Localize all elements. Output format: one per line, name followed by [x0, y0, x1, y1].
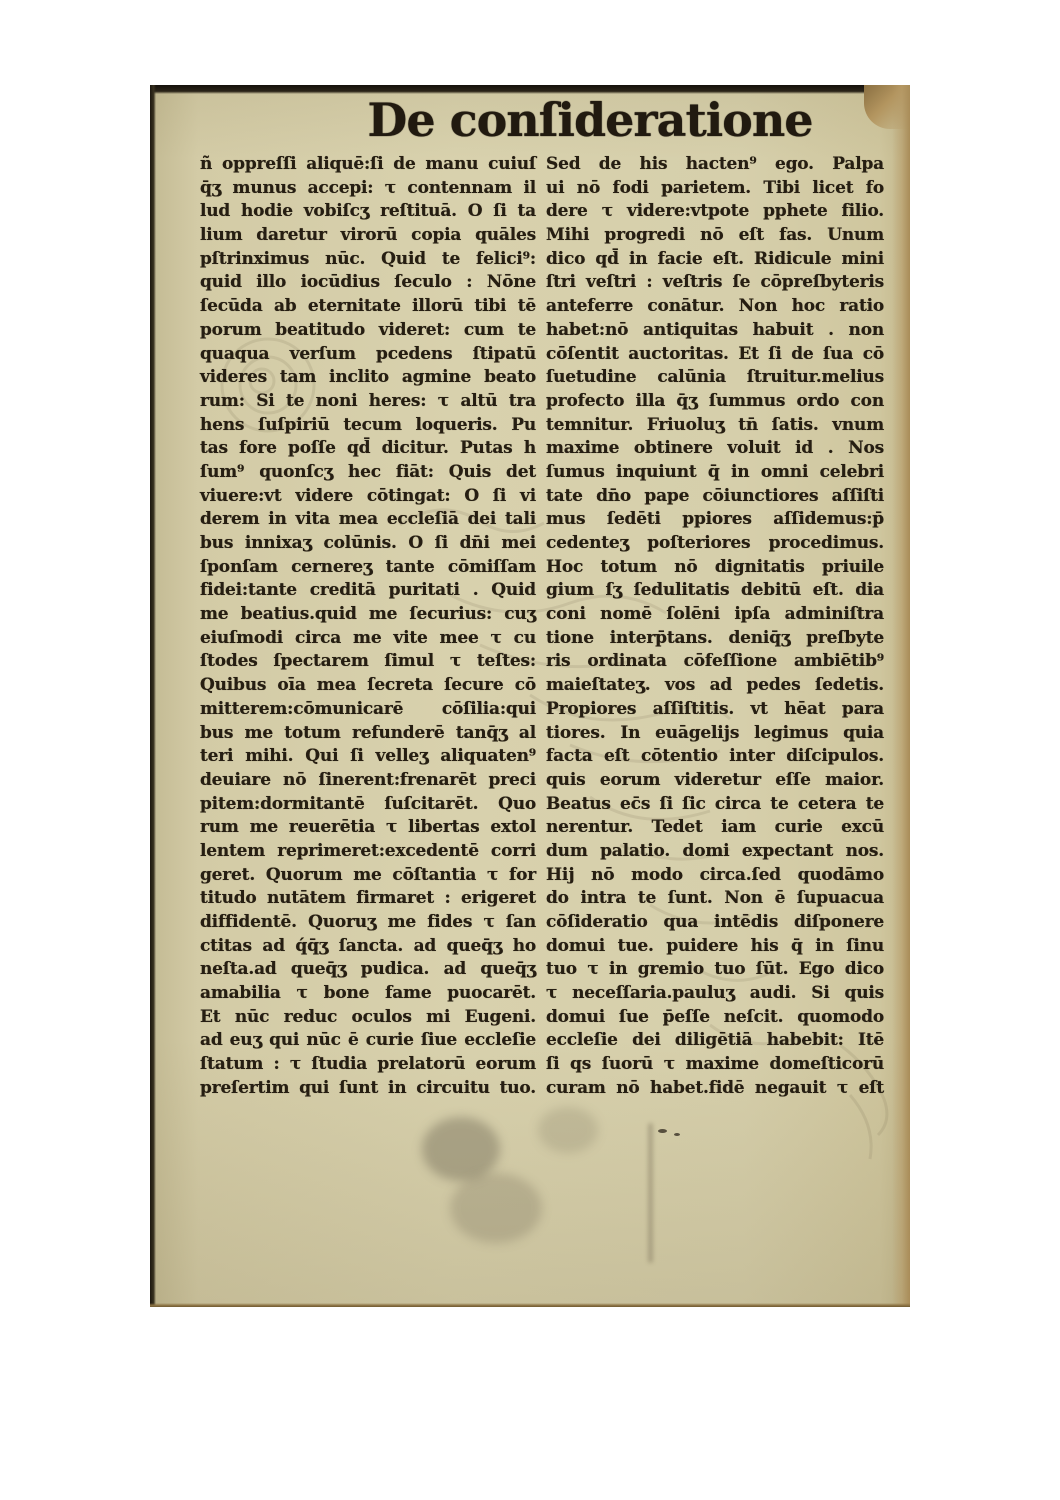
- text-line: Beatus ec̄s ſi ſic circa te cetera te: [546, 793, 884, 817]
- text-line: bus me totum refunderē tanq̄ʒ al: [200, 722, 536, 746]
- text-line: ſuetudine calūnia ſtruitur.melius: [546, 366, 884, 390]
- text-line: Propiores aſſiſtitis. vt hēat para: [546, 698, 884, 722]
- text-line: maxime obtinere voluit id . Nos: [546, 437, 884, 461]
- text-line: dum palatio. domi expectant nos.: [546, 840, 884, 864]
- text-column-right: Sed de his hacten⁹ ego. Palpaui nō fodi …: [546, 153, 884, 1101]
- text-line: amabilia τ bone fame puocarēt.: [200, 982, 536, 1006]
- text-line: lium daretur virorū copia quāles: [200, 224, 536, 248]
- text-line: curam nō habet.fidē negauit τ eſt: [546, 1077, 884, 1101]
- text-line: teri mihi. Qui ſi velleʒ aliquaten⁹: [200, 745, 536, 769]
- text-line: Sed de his hacten⁹ ego. Palpa: [546, 153, 884, 177]
- text-line: bus innixaʒ colūnis. O ſi dn̄i mei: [200, 532, 536, 556]
- text-line: tiores. In euāgelĳs legimus quia: [546, 722, 884, 746]
- text-line: eccleſie dei diligētiā habebit: Itē: [546, 1029, 884, 1053]
- text-line: domui tue. puidere his q̄ in ſinu: [546, 935, 884, 959]
- text-line: fidei:tante creditā puritati . Quid: [200, 579, 536, 603]
- text-line: ſumus inquiunt q̄ in omni celebri: [546, 461, 884, 485]
- text-line: q̄ʒ munus accepi: τ contennam il: [200, 177, 536, 201]
- text-line: ſtri veſtri : veſtris ſe cōpreſbyteris: [546, 271, 884, 295]
- text-line: lentem reprimeret:excedentē corri: [200, 840, 536, 864]
- text-line: derem in vita mea eccleſiā dei tali: [200, 508, 536, 532]
- text-line: ui nō fodi parietem. Tibi licet fo: [546, 177, 884, 201]
- text-line: quid illo iocūdius ſeculo : Nōne: [200, 271, 536, 295]
- text-line: maieſtateʒ. vos ad pedes ſedetis.: [546, 674, 884, 698]
- text-line: mus ſedēti ppiores aſſidemus:p̄: [546, 508, 884, 532]
- text-line: eiuſmodi circa me vite mee τ cu: [200, 627, 536, 651]
- text-line: temnitur. Friuoluʒ tn̄ ſatis. vnum: [546, 414, 884, 438]
- page-bottom-edge: [150, 1303, 910, 1307]
- text-line: anteferre conātur. Non hoc ratio: [546, 295, 884, 319]
- text-line: ſtodes ſpectarem ſimul τ teſtes:: [200, 650, 536, 674]
- text-line: deuiare nō ſinerent:frenarēt preci: [200, 769, 536, 793]
- text-line: ſponſam cernereʒ tante cōmiſſam: [200, 556, 536, 580]
- text-line: rum me reuerētia τ libertas extol: [200, 816, 536, 840]
- text-line: do intra te ſunt. Non ē ſupuacua: [546, 887, 884, 911]
- text-line: cōſentit auctoritas. Et ſi de ſua cō: [546, 343, 884, 367]
- text-line: Hoc totum nō dignitatis priuile: [546, 556, 884, 580]
- text-line: pſtrinximus nūc. Quid te felici⁹:: [200, 248, 536, 272]
- text-line: ſi qs ſuorū τ maxime domeſticorū: [546, 1053, 884, 1077]
- text-line: mitterem:cōmunicarē cōſilia:qui: [200, 698, 536, 722]
- text-line: tione interp̄tans. deniq̄ʒ preſbyte: [546, 627, 884, 651]
- text-line: geret. Quorum me cōſtantia τ for: [200, 864, 536, 888]
- ink-speck: [674, 1133, 680, 1136]
- text-line: quis eorum videretur eſſe maior.: [546, 769, 884, 793]
- text-line: ſtatum : τ ſtudia prelatorū eorum: [200, 1053, 536, 1077]
- ink-speck: [658, 1129, 667, 1133]
- text-column-left: ñ oppreſſi aliquē:ſi de manu cuiuſq̄ʒ mu…: [200, 153, 536, 1101]
- text-line: tate dn̄o pape cōiunctiores aſſiſti: [546, 485, 884, 509]
- text-line: Hĳ nō modo circa.ſed quodāmo: [546, 864, 884, 888]
- text-line: porum beatitudo videret: cum te: [200, 319, 536, 343]
- text-line: cōſideratio qua intēdis diſponere: [546, 911, 884, 935]
- text-line: hens ſuſpiriū tecum loqueris. Pu: [200, 414, 536, 438]
- text-line: diffidentē. Quoruʒ me fides τ ſan: [200, 911, 536, 935]
- ink-smudge: [450, 1173, 542, 1243]
- text-line: τ neceſſaria.pauluʒ audi. Si quis: [546, 982, 884, 1006]
- text-line: neſta.ad queq̄ʒ pudica. ad queq̄ʒ: [200, 958, 536, 982]
- text-line: dere τ videre:vtpote pphete filio.: [546, 200, 884, 224]
- text-line: pitem:dormitantē ſuſcitarēt. Quo: [200, 793, 536, 817]
- running-title: De conſideratione: [330, 93, 850, 147]
- text-line: coni nomē ſolēni ipſa adminiſtra: [546, 603, 884, 627]
- text-line: ris ordinata cōfeſſione ambiētib⁹: [546, 650, 884, 674]
- text-line: gium ſʒ ſedulitatis debitū eſt. dia: [546, 579, 884, 603]
- text-line: profecto illa q̄ʒ ſummus ordo con: [546, 390, 884, 414]
- text-line: cedenteʒ poſteriores procedimus.: [546, 532, 884, 556]
- text-line: tuo τ in gremio tuo ſūt. Ego dico: [546, 958, 884, 982]
- text-line: Mihi progredi nō eſt fas. Unum: [546, 224, 884, 248]
- text-line: titudo nutātem firmaret : erigeret: [200, 887, 536, 911]
- text-line: habet:nō antiquitas habuit . non: [546, 319, 884, 343]
- binding-edge: [150, 85, 156, 1307]
- screenshot-canvas: { "page": { "title": "De conſideratione"…: [0, 0, 1060, 1500]
- text-line: dico qd̄ in facie eſt. Ridicule mini: [546, 248, 884, 272]
- text-line: ſum⁹ quonſcʒ hec fiāt: Quis det: [200, 461, 536, 485]
- book-page-scan: De conſideratione ñ oppreſſi aliquē:ſi d…: [150, 85, 910, 1307]
- text-line: preſertim qui ſunt in circuitu tuo.: [200, 1077, 536, 1101]
- text-line: domui ſue p̄eſſe neſcit. quomodo: [546, 1006, 884, 1030]
- text-line: ſecūda ab eternitate illorū tibi tē: [200, 295, 536, 319]
- text-line: Et nūc reduc oculos mi Eugeni.: [200, 1006, 536, 1030]
- text-line: facta eſt cōtentio inter diſcipulos.: [546, 745, 884, 769]
- text-line: ñ oppreſſi aliquē:ſi de manu cuiuſ: [200, 153, 536, 177]
- text-line: rum: Si te noni heres: τ altū tra: [200, 390, 536, 414]
- ink-streak: [648, 1123, 653, 1263]
- text-line: videres tam inclito agmine beato: [200, 366, 536, 390]
- text-line: quaqua verſum pcedens ſtipatū: [200, 343, 536, 367]
- text-line: ctitas ad q́q̄ʒ ſancta. ad queq̄ʒ ho: [200, 935, 536, 959]
- text-line: tas fore poſſe qd̄ dicitur. Putas h: [200, 437, 536, 461]
- text-line: nerentur. Tedet iam curie excū: [546, 816, 884, 840]
- text-line: viuere:vt videre cōtingat: O ſi vi: [200, 485, 536, 509]
- text-line: Quibus oīa mea ſecreta ſecure cō: [200, 674, 536, 698]
- text-line: ad euʒ qui nūc ē curie ſiue eccleſie: [200, 1029, 536, 1053]
- ink-smudge: [422, 1117, 500, 1181]
- text-line: me beatius.quid me ſecurius: cuʒ: [200, 603, 536, 627]
- text-line: lud hodie vobiſcʒ reſtituā. O ſi ta: [200, 200, 536, 224]
- fore-edge: [892, 85, 910, 1307]
- ink-smudge: [538, 1107, 598, 1153]
